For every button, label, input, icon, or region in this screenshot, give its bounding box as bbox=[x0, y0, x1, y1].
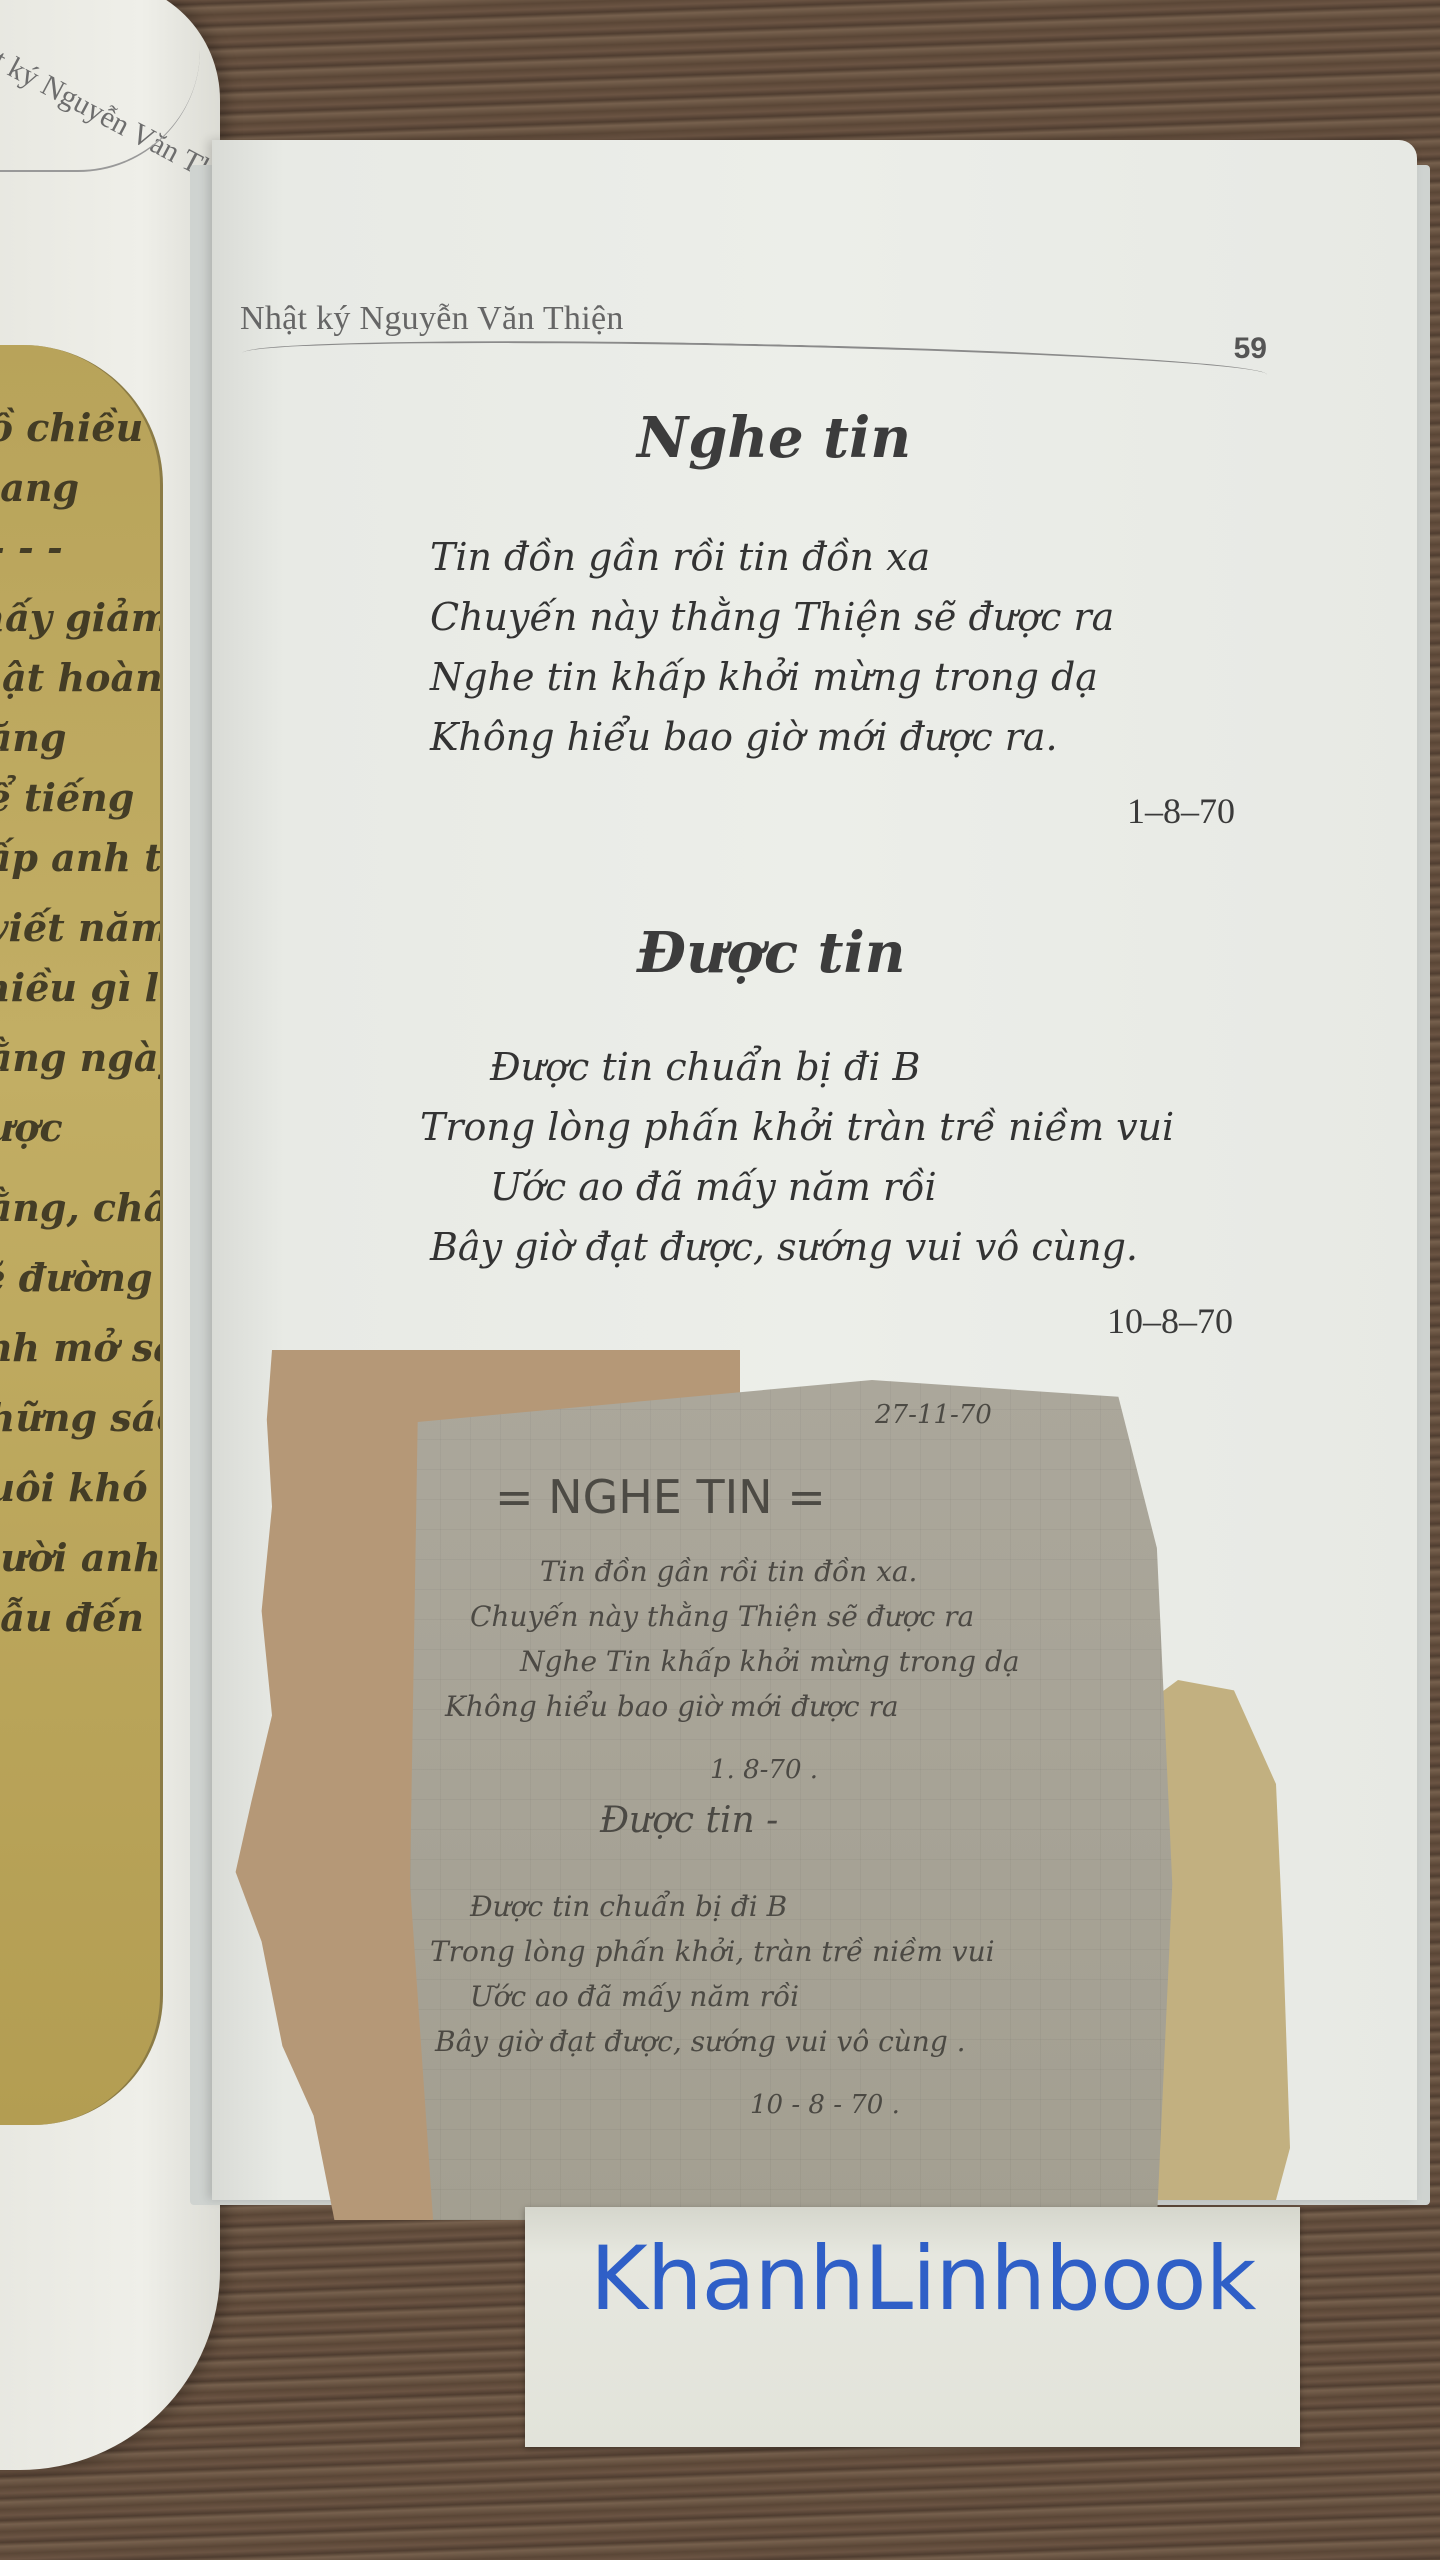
facsimile-line: để tiếng bbox=[0, 775, 134, 820]
left-manuscript-facsimile: hồ chiều gi mang - - - - thấy giảm luật … bbox=[0, 345, 163, 2125]
poem-line: Nghe tin khấp khởi mừng trong dạ bbox=[430, 655, 1098, 699]
seller-sticker: KhanhLinhbook bbox=[525, 2207, 1300, 2447]
manuscript-line: Ước ao đã mấy năm rồi bbox=[470, 1980, 799, 2013]
manuscript-line: Chuyến này thằng Thiện sẽ được ra bbox=[470, 1600, 974, 1633]
facsimile-line: hằng ngày ăn gạo bbox=[0, 1035, 163, 1080]
facsimile-line: chiều gì làm bbox=[0, 965, 163, 1010]
manuscript-title: Được tin - bbox=[600, 1800, 778, 1841]
facsimile-line: mười anh bbox=[0, 1535, 161, 1580]
facsimile-line: thấy giảm bbox=[0, 595, 163, 640]
manuscript-line: Bây giờ đạt được, sướng vui vô cùng . bbox=[435, 2025, 966, 2058]
facsimile-line: , viết năm bbox=[0, 905, 163, 950]
poem-line: Tin đồn gần rồi tin đồn xa bbox=[430, 535, 930, 579]
poem-title-nghe-tin: Nghe tin bbox=[637, 405, 911, 471]
poem-title-duoc-tin: Được tin bbox=[637, 920, 905, 986]
poem-date: 10–8–70 bbox=[1107, 1300, 1233, 1342]
poem-line: Được tin chuẩn bị đi B bbox=[490, 1045, 920, 1089]
manuscript-line: Được tin chuẩn bị đi B bbox=[470, 1890, 787, 1923]
page-number: 59 bbox=[1234, 332, 1267, 366]
poem-line: Chuyến này thằng Thiện sẽ được ra bbox=[430, 595, 1114, 639]
poem-line: Bây giờ đạt được, sướng vui vô cùng. bbox=[430, 1225, 1138, 1269]
poem-date: 1–8–70 bbox=[1127, 790, 1235, 832]
facsimile-line: Lấp anh thương bbox=[0, 835, 163, 880]
left-page: Nhật ký Nguyễn Văn Thiện hồ chiều gi man… bbox=[0, 0, 220, 2470]
manuscript-date: 10 - 8 - 70 . bbox=[750, 2090, 900, 2120]
manuscript-line: Không hiểu bao giờ mới được ra bbox=[445, 1690, 899, 1723]
running-head: Nhật ký Nguyễn Văn Thiện bbox=[240, 300, 624, 338]
manuscript-date: 27-11-70 bbox=[875, 1400, 992, 1430]
facsimile-line: nặng bbox=[0, 715, 66, 760]
facsimile-line: nuôi khó bbox=[0, 1465, 148, 1510]
facsimile-line: được bbox=[0, 1105, 63, 1150]
facsimile-line: mang bbox=[0, 465, 79, 510]
seller-watermark: KhanhLinhbook bbox=[590, 2227, 1255, 2330]
manuscript-date: 1. 8-70 . bbox=[710, 1755, 818, 1785]
facsimile-line: sẽ đường bbox=[0, 1255, 153, 1300]
poem-line: Ước ao đã mấy năm rồi bbox=[490, 1165, 937, 1209]
manuscript-title: = NGHE TIN = bbox=[495, 1470, 826, 1524]
facsimile-line: luật hoàn bbox=[0, 655, 163, 700]
facsimile-line: mẫu đến bbox=[0, 1595, 144, 1640]
facsimile-line: hằng, chân bbox=[0, 1185, 163, 1230]
manuscript-line: Trong lòng phấn khởi, tràn trề niềm vui bbox=[430, 1935, 995, 1968]
poem-line: Trong lòng phấn khởi tràn trề niềm vui bbox=[420, 1105, 1174, 1149]
poem-line: Không hiểu bao giờ mới được ra. bbox=[430, 715, 1058, 759]
manuscript-note: 27-11-70 = NGHE TIN = Tin đồn gần rồi ti… bbox=[410, 1380, 1180, 2220]
header-rule bbox=[242, 333, 1268, 406]
facsimile-line: - - - - bbox=[0, 525, 63, 570]
manuscript-line: Tin đồn gần rồi tin đồn xa. bbox=[540, 1555, 917, 1588]
facsimile-line: những sách bbox=[0, 1395, 163, 1440]
manuscript-line: Nghe Tin khấp khởi mừng trong dạ bbox=[520, 1645, 1020, 1678]
facsimile-line: hồ chiều gi bbox=[0, 405, 163, 450]
facsimile-line: anh mở sau bbox=[0, 1325, 163, 1370]
